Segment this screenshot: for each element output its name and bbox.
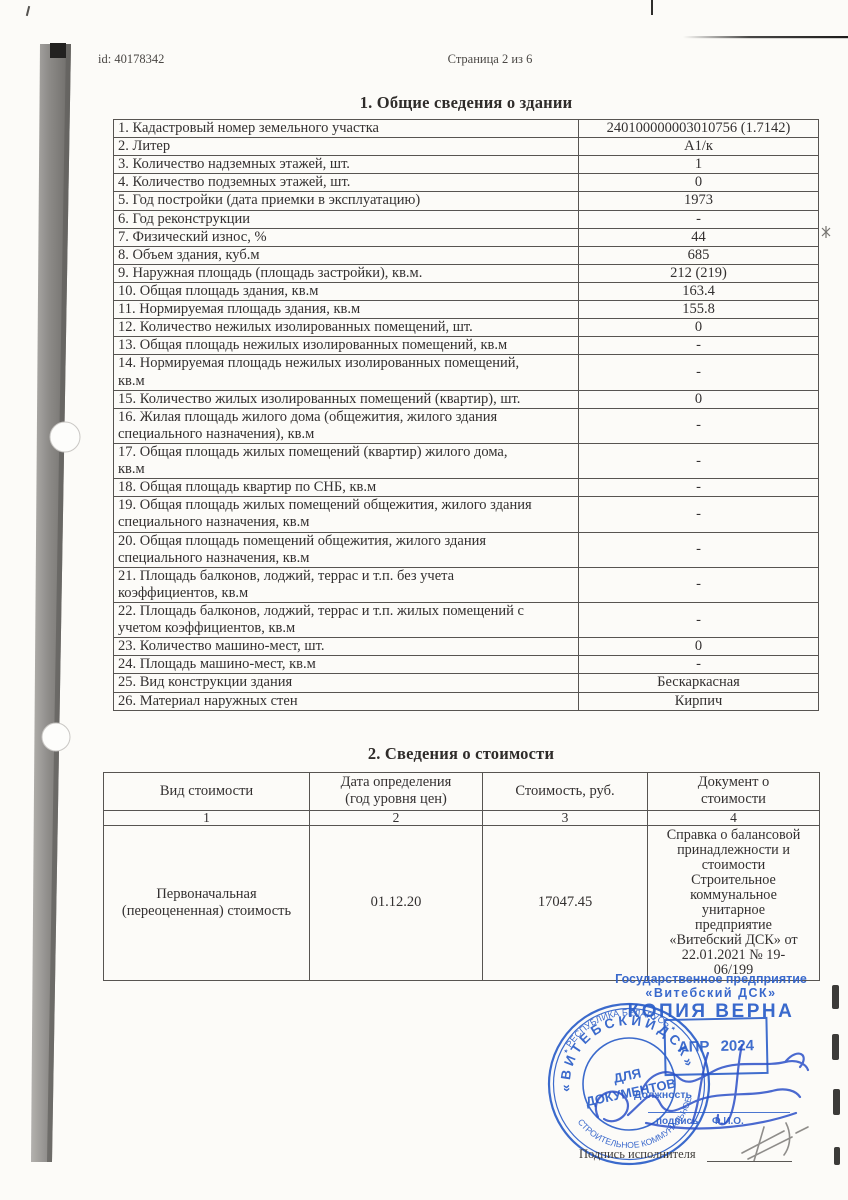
row-label: 2. Литер bbox=[114, 138, 579, 156]
row-label: 8. Объем здания, куб.м bbox=[114, 246, 579, 264]
row-label: 22. Площадь балконов, лоджий, террас и т… bbox=[114, 602, 579, 637]
row-label: 4. Количество подземных этажей, шт. bbox=[114, 174, 579, 192]
table-row: 20. Общая площадь помещений общежития, ж… bbox=[114, 532, 819, 567]
column-number: 2 bbox=[310, 810, 483, 825]
cost-table: Вид стоимости Дата определения (год уров… bbox=[103, 772, 820, 981]
table-row: 1. Кадастровый номер земельного участка2… bbox=[114, 120, 819, 138]
row-value: 0 bbox=[579, 638, 819, 656]
table-row: 5. Год постройки (дата приемки в эксплуа… bbox=[114, 192, 819, 210]
row-value: 0 bbox=[579, 390, 819, 408]
row-label: 12. Количество нежилых изолированных пом… bbox=[114, 319, 579, 337]
row-label: 13. Общая площадь нежилых изолированных … bbox=[114, 337, 579, 355]
table-row: 2. ЛитерА1/к bbox=[114, 138, 819, 156]
row-label: 24. Площадь машино-мест, кв.м bbox=[114, 656, 579, 674]
row-label: 11. Нормируемая площадь здания, кв.м bbox=[114, 301, 579, 319]
table-row: 17. Общая площадь жилых помещений (кварт… bbox=[114, 443, 819, 478]
general-info-table: 1. Кадастровый номер земельного участка2… bbox=[113, 119, 819, 711]
row-value: - bbox=[579, 656, 819, 674]
table-row: 25. Вид конструкции зданияБескаркасная bbox=[114, 674, 819, 692]
position-label: Должность bbox=[634, 1089, 692, 1101]
row-value: - bbox=[579, 443, 819, 478]
general-info-table-body: 1. Кадастровый номер земельного участка2… bbox=[114, 120, 819, 711]
row-label: 21. Площадь балконов, лоджий, террас и т… bbox=[114, 567, 579, 602]
binding-strip bbox=[31, 43, 71, 1162]
table-row: 14. Нормируемая площадь нежилых изолиров… bbox=[114, 355, 819, 390]
signature-label: подпись bbox=[656, 1116, 698, 1127]
row-value: - bbox=[579, 567, 819, 602]
stamp-org-line1: Государственное предприятие bbox=[585, 972, 837, 986]
row-label: 3. Количество надземных этажей, шт. bbox=[114, 156, 579, 174]
row-label: 9. Наружная площадь (площадь застройки),… bbox=[114, 264, 579, 282]
table-row: 19. Общая площадь жилых помещений общежи… bbox=[114, 497, 819, 532]
table-row: 6. Год реконструкции- bbox=[114, 210, 819, 228]
executor-signature-label: Подпись исполнителя bbox=[579, 1147, 696, 1162]
row-label: 15. Количество жилых изолированных помещ… bbox=[114, 390, 579, 408]
scan-line-top-right bbox=[683, 36, 848, 38]
table-row: 7. Физический износ, %44 bbox=[114, 228, 819, 246]
table-row: 22. Площадь балконов, лоджий, террас и т… bbox=[114, 602, 819, 637]
row-value: 240100000003010756 (1.7142) bbox=[579, 120, 819, 138]
executor-signature-line bbox=[707, 1161, 792, 1162]
row-value: 163.4 bbox=[579, 282, 819, 300]
column-number: 1 bbox=[104, 810, 310, 825]
table-row: 12. Количество нежилых изолированных пом… bbox=[114, 319, 819, 337]
cost-document-cell: Справка о балансовой принадлежности и ст… bbox=[648, 825, 820, 980]
row-value: - bbox=[579, 479, 819, 497]
document-id: id: 40178342 bbox=[98, 52, 164, 67]
table-row: 3. Количество надземных этажей, шт.1 bbox=[114, 156, 819, 174]
column-header: Стоимость, руб. bbox=[483, 773, 648, 811]
table-row: 10. Общая площадь здания, кв.м163.4 bbox=[114, 282, 819, 300]
punch-hole bbox=[42, 723, 70, 751]
column-header: Документ о стоимости bbox=[648, 773, 820, 811]
cost-date-cell: 01.12.20 bbox=[310, 825, 483, 980]
table-row: 23. Количество машино-мест, шт.0 bbox=[114, 638, 819, 656]
row-label: 18. Общая площадь квартир по СНБ, кв.м bbox=[114, 479, 579, 497]
row-label: 7. Физический износ, % bbox=[114, 228, 579, 246]
table-row: 13. Общая площадь нежилых изолированных … bbox=[114, 337, 819, 355]
row-label: 26. Материал наружных стен bbox=[114, 692, 579, 710]
row-label: 17. Общая площадь жилых помещений (кварт… bbox=[114, 443, 579, 478]
row-label: 19. Общая площадь жилых помещений общежи… bbox=[114, 497, 579, 532]
row-label: 14. Нормируемая площадь нежилых изолиров… bbox=[114, 355, 579, 390]
table-row: 26. Материал наружных стенКирпич bbox=[114, 692, 819, 710]
row-value: 0 bbox=[579, 319, 819, 337]
row-label: 20. Общая площадь помещений общежития, ж… bbox=[114, 532, 579, 567]
table-row: 16. Жилая площадь жилого дома (общежития… bbox=[114, 408, 819, 443]
row-value: - bbox=[579, 337, 819, 355]
punch-hole bbox=[50, 422, 80, 452]
row-value: - bbox=[579, 355, 819, 390]
row-value: 1 bbox=[579, 156, 819, 174]
cost-table-row: Первоначальная (переоцененная) стоимость… bbox=[104, 825, 820, 980]
row-value: - bbox=[579, 408, 819, 443]
row-label: 10. Общая площадь здания, кв.м bbox=[114, 282, 579, 300]
fio-label: Ф.И.О. bbox=[712, 1116, 744, 1127]
column-number: 3 bbox=[483, 810, 648, 825]
cost-kind-cell: Первоначальная (переоцененная) стоимость bbox=[104, 825, 310, 980]
signature-line bbox=[648, 1112, 790, 1113]
row-label: 6. Год реконструкции bbox=[114, 210, 579, 228]
table-row: 24. Площадь машино-мест, кв.м- bbox=[114, 656, 819, 674]
row-value: Кирпич bbox=[579, 692, 819, 710]
table-row: 11. Нормируемая площадь здания, кв.м155.… bbox=[114, 301, 819, 319]
table-row: 15. Количество жилых изолированных помещ… bbox=[114, 390, 819, 408]
row-label: 23. Количество машино-мест, шт. bbox=[114, 638, 579, 656]
row-value: - bbox=[579, 497, 819, 532]
table-row: 8. Объем здания, куб.м685 bbox=[114, 246, 819, 264]
row-value: 0 bbox=[579, 174, 819, 192]
row-value: - bbox=[579, 532, 819, 567]
pencil-signature bbox=[742, 1123, 808, 1161]
cost-value-cell: 17047.45 bbox=[483, 825, 648, 980]
scan-speck bbox=[822, 226, 830, 238]
page-indicator: Страница 2 из 6 bbox=[360, 52, 620, 67]
table-row: 18. Общая площадь квартир по СНБ, кв.м- bbox=[114, 479, 819, 497]
scan-mark-top bbox=[651, 0, 653, 15]
row-value: 685 bbox=[579, 246, 819, 264]
column-header: Дата определения (год уровня цен) bbox=[310, 773, 483, 811]
table-row: 21. Площадь балконов, лоджий, террас и т… bbox=[114, 567, 819, 602]
row-value: 44 bbox=[579, 228, 819, 246]
column-header: Вид стоимости bbox=[104, 773, 310, 811]
row-label: 1. Кадастровый номер земельного участка bbox=[114, 120, 579, 138]
section2-title: 2. Сведения о стоимости bbox=[103, 744, 819, 764]
section1-title: 1. Общие сведения о здании bbox=[113, 93, 819, 113]
cost-table-number-row: 1 2 3 4 bbox=[104, 810, 820, 825]
row-value: 1973 bbox=[579, 192, 819, 210]
row-value: Бескаркасная bbox=[579, 674, 819, 692]
scanned-page: id: 40178342 Страница 2 из 6 1. Общие св… bbox=[0, 0, 848, 1200]
row-value: 212 (219) bbox=[579, 264, 819, 282]
row-value: А1/к bbox=[579, 138, 819, 156]
column-number: 4 bbox=[648, 810, 820, 825]
table-row: 9. Наружная площадь (площадь застройки),… bbox=[114, 264, 819, 282]
row-value: - bbox=[579, 210, 819, 228]
row-value: 155.8 bbox=[579, 301, 819, 319]
cost-table-header-row: Вид стоимости Дата определения (год уров… bbox=[104, 773, 820, 811]
table-row: 4. Количество подземных этажей, шт.0 bbox=[114, 174, 819, 192]
row-label: 25. Вид конструкции здания bbox=[114, 674, 579, 692]
row-label: 5. Год постройки (дата приемки в эксплуа… bbox=[114, 192, 579, 210]
row-label: 16. Жилая площадь жилого дома (общежития… bbox=[114, 408, 579, 443]
row-value: - bbox=[579, 602, 819, 637]
scan-mark-corner bbox=[26, 6, 30, 16]
